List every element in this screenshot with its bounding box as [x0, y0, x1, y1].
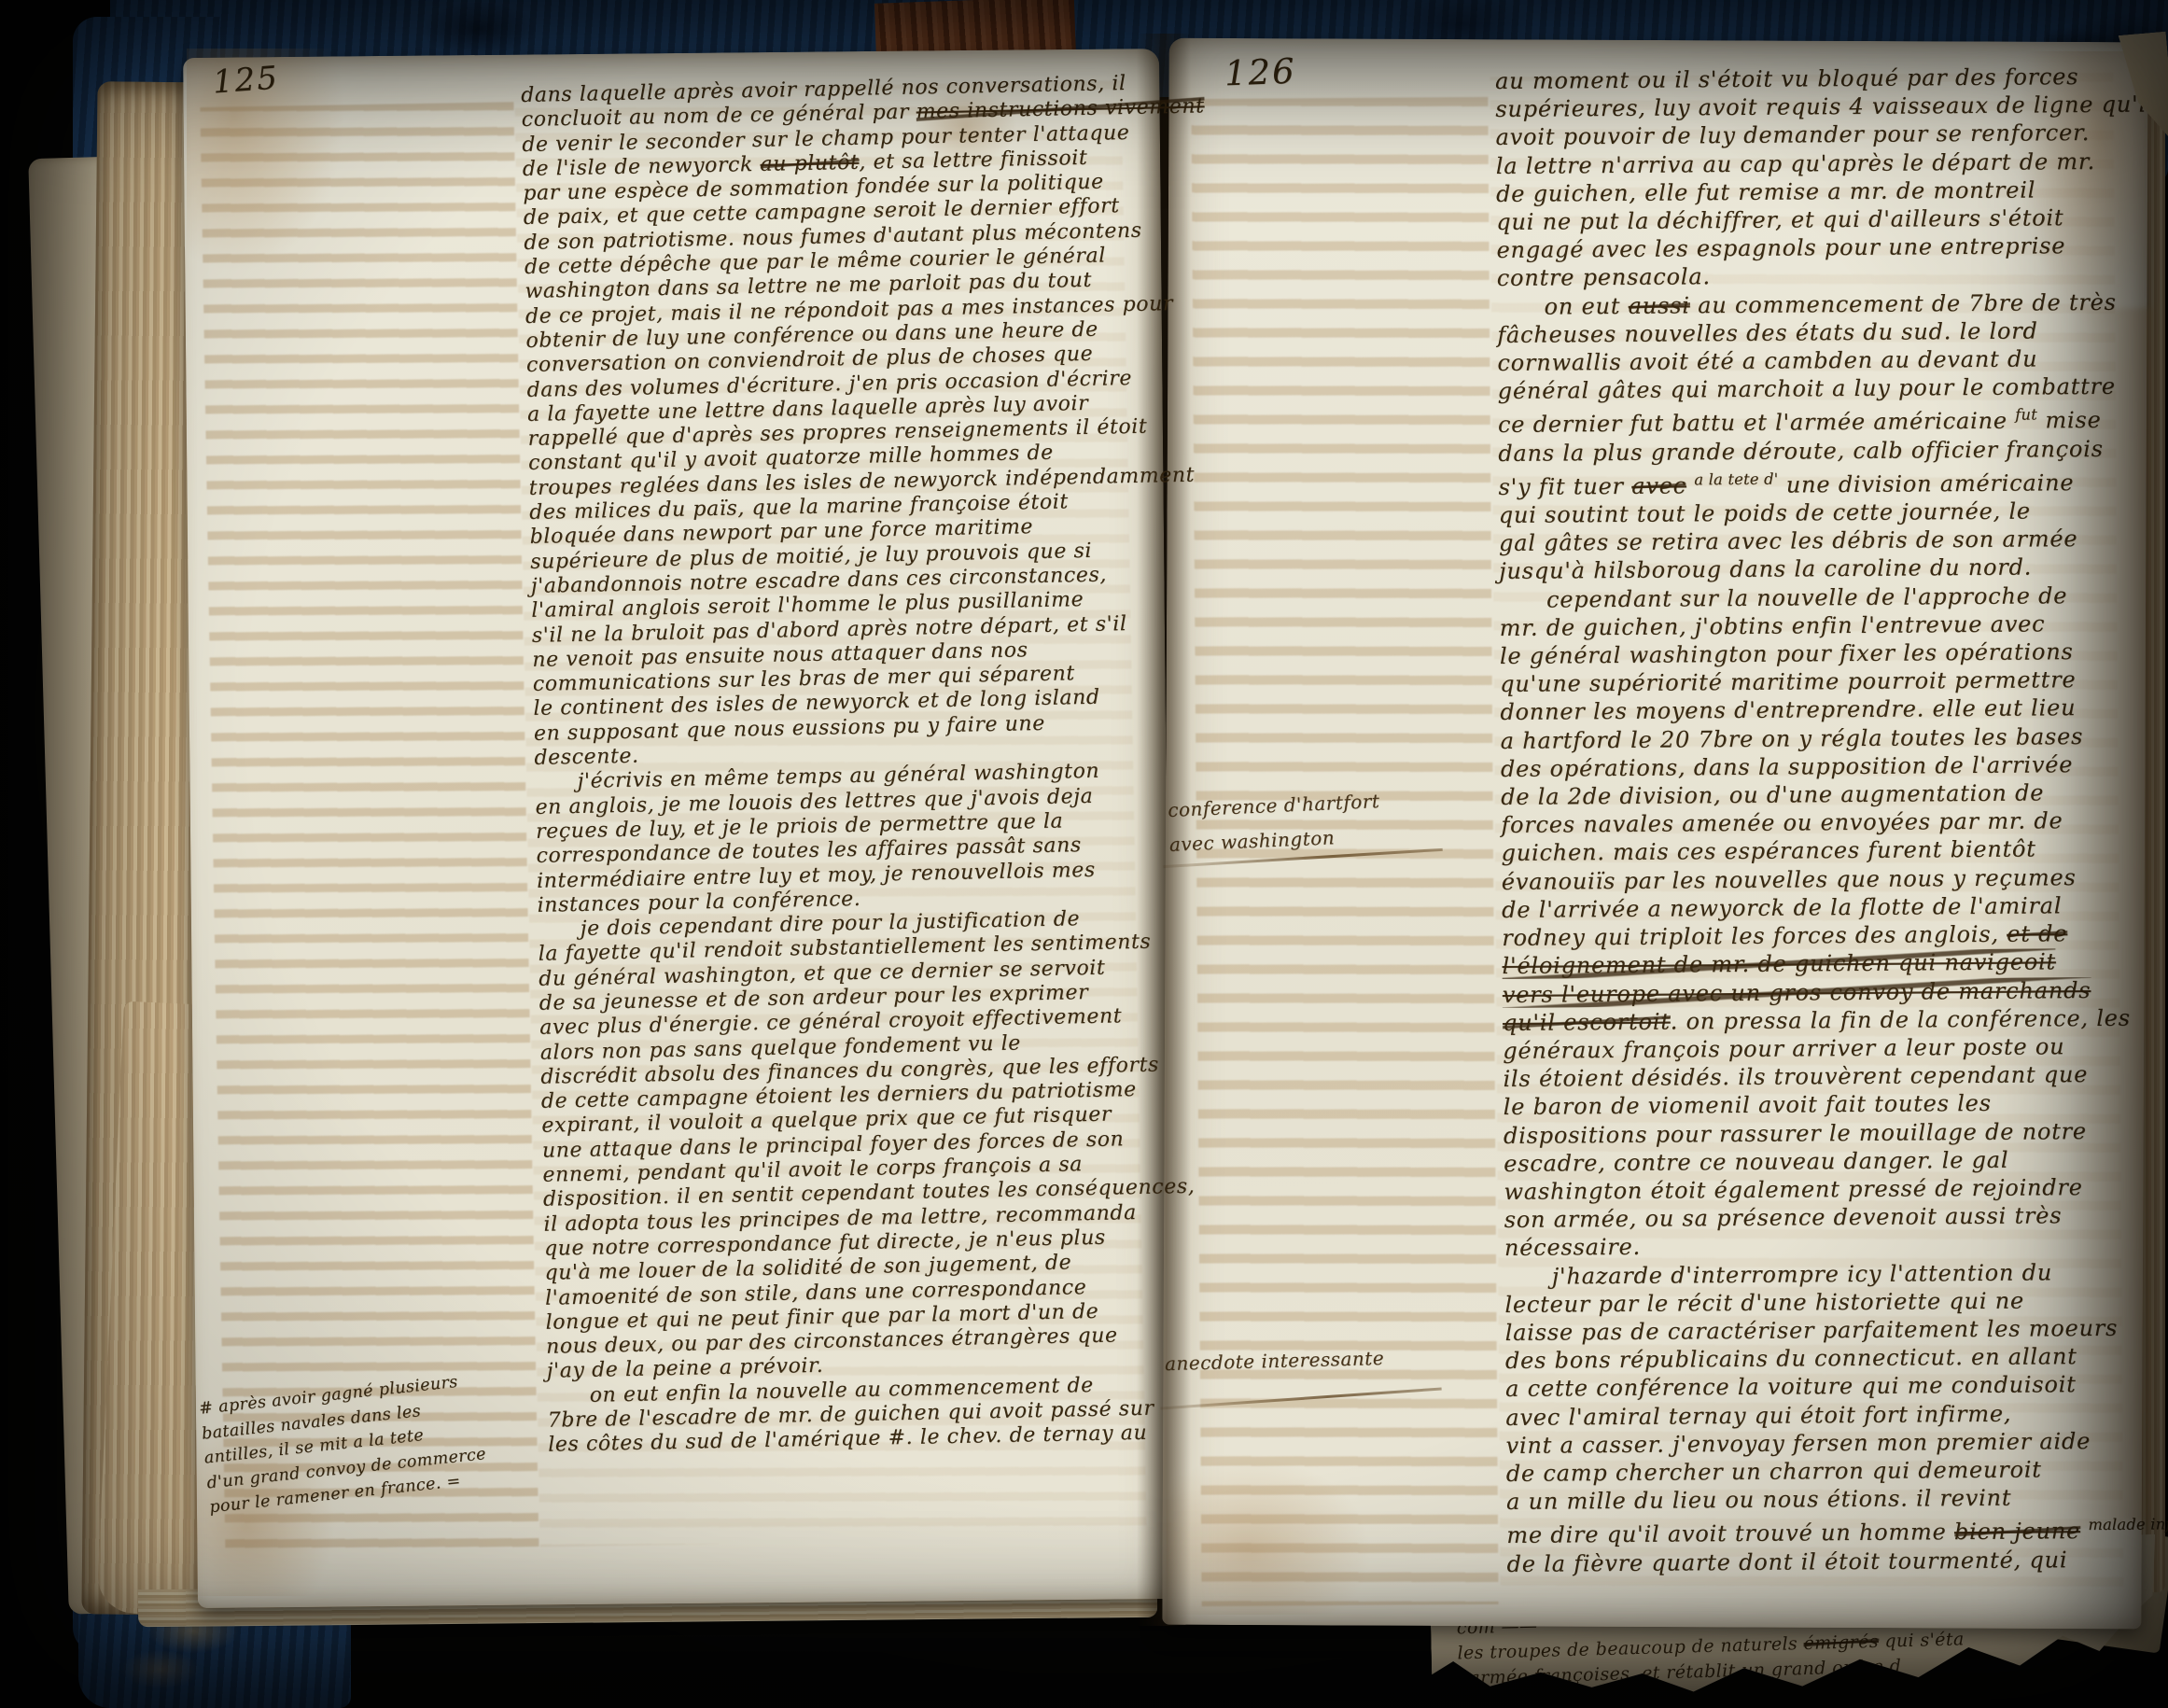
manuscript-line: washington étoit également pressé de rej… — [1504, 1172, 2168, 1206]
left-page-text: dans laquelle après avoir rappellé nos c… — [521, 71, 1201, 1458]
page-number-right: 126 — [1224, 51, 1296, 94]
manuscript-line: la lettre n'arriva au cap qu'après le dé… — [1496, 147, 2168, 180]
manuscript-line: me dire qu'il avoit trouvé un homme bien… — [1506, 1511, 2168, 1550]
manuscript-line: ils étoient désidés. ils trouvèrent cepe… — [1503, 1059, 2168, 1093]
margin-note-hartford-conference: conference d'hartfortavec washington — [1167, 784, 1381, 862]
manuscript-line: vint a casser. j'envoyay fersen mon prem… — [1505, 1426, 2168, 1460]
manuscript-line: ce dernier fut battu et l'armée américai… — [1498, 400, 2168, 440]
manuscript-line: a cette conférence la voiture qui me con… — [1505, 1370, 2168, 1404]
gutter-shadow — [1137, 34, 1191, 1626]
right-page-text: au moment ou il s'étoit vu bloqué par de… — [1495, 62, 2168, 1577]
manuscript-line: s'y fit tuer avec a la tete d' une divis… — [1498, 462, 2168, 501]
manuscript-line: des opérations, dans la supposition de l… — [1501, 749, 2168, 783]
margin-note-line: anecdote interessante — [1165, 1341, 1385, 1381]
margin-note-anecdote: anecdote interessante — [1165, 1341, 1385, 1381]
manuscript-line: on eut aussi au commencement de 7bre de … — [1497, 287, 2168, 321]
page-number-left: 125 — [212, 60, 281, 102]
manuscript-line: de la fièvre quarte dont il étoit tourme… — [1506, 1545, 2168, 1578]
manuscript-line: dispositions pour rassurer le mouillage … — [1504, 1116, 2168, 1150]
manuscript-line: qu'il escortoit. on pressa la fin de la … — [1503, 1003, 2168, 1037]
manuscript-photo: com ——les troupes de beaucoup de naturel… — [0, 0, 2168, 1708]
manuscript-line: évanouiïs par les nouvelles que nous y r… — [1502, 862, 2168, 896]
manuscript-line: gal gâtes se retira avec les débris de s… — [1499, 525, 2168, 558]
bleedthrough-left-verso — [200, 102, 539, 1559]
